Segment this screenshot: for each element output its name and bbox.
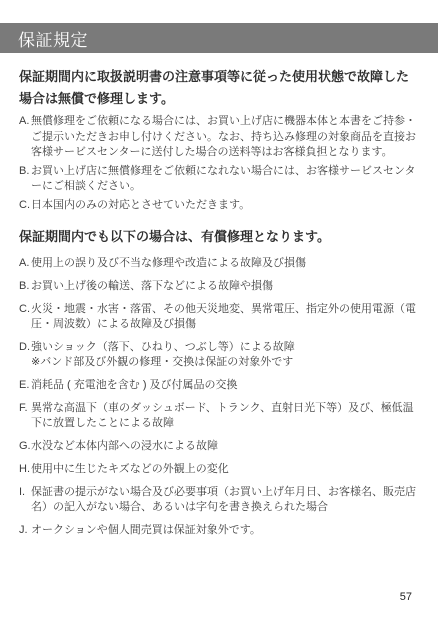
list-item: C. 火災・地震・水害・落雷、その他天災地変、異常電圧、指定外の使用電源（電圧・… [19, 302, 421, 332]
list-item: A. 使用上の誤り及び不当な修理や改造による故障及び損傷 [19, 256, 421, 271]
item-marker: A. [19, 114, 31, 161]
item-marker: D. [19, 340, 31, 370]
item-main-text: 日本国内のみの対応とさせていただきます。 [31, 199, 250, 211]
list-item: J. オークションや個人間売買は保証対象外です。 [19, 523, 421, 538]
item-main-text: オークションや個人間売買は保証対象外です。 [31, 524, 261, 536]
free-repair-list: A. 無償修理をご依頼になる場合には、お買い上げ店に機器本体と本書をご持参・ご提… [19, 114, 421, 213]
item-text: 日本国内のみの対応とさせていただきます。 [31, 198, 421, 214]
item-text: 使用中に生じたキズなどの外観上の変化 [31, 462, 421, 477]
item-marker: H. [19, 462, 31, 477]
item-marker: I. [19, 485, 31, 515]
item-note: ※バンド部及び外観の修理・交換は保証の対象外です [31, 355, 421, 370]
item-marker: B. [19, 164, 31, 195]
list-item: G. 水没など本体内部への浸水による故障 [19, 439, 421, 454]
item-main-text: 強いショック（落下、ひねり、つぶし等）による故障 [31, 341, 295, 353]
item-text: 強いショック（落下、ひねり、つぶし等）による故障 ※バンド部及び外観の修理・交換… [31, 340, 421, 370]
item-text: お買い上げ店に無償修理をご依頼になれない場合には、お客様サービスセンターにご相談… [31, 164, 421, 195]
item-text: 無償修理をご依頼になる場合には、お買い上げ店に機器本体と本書をご持参・ご提示いた… [31, 114, 421, 161]
list-item: D. 強いショック（落下、ひねり、つぶし等）による故障 ※バンド部及び外観の修理… [19, 340, 421, 370]
list-item: I. 保証書の提示がない場合及び必要事項（お買い上げ年月日、お客様名、販売店名）… [19, 485, 421, 515]
item-main-text: 水没など本体内部への浸水による故障 [31, 440, 218, 452]
page-title: 保証規定 [0, 26, 88, 51]
item-marker: C. [19, 302, 31, 332]
list-item: B. お買い上げ店に無償修理をご依頼になれない場合には、お客様サービスセンターに… [19, 164, 421, 195]
content-inner: 保証期間内に取扱説明書の注意事項等に従った使用状態で故障した場合は無償で修理しま… [0, 66, 438, 538]
item-text: 使用上の誤り及び不当な修理や改造による故障及び損傷 [31, 256, 421, 271]
content-area: 保証期間内に取扱説明書の注意事項等に従った使用状態で故障した場合は無償で修理しま… [0, 53, 438, 546]
list-item: F. 異常な高温下（車のダッシュボード、トランク、直射日光下等）及び、極低温下に… [19, 401, 421, 431]
list-item: A. 無償修理をご依頼になる場合には、お買い上げ店に機器本体と本書をご持参・ご提… [19, 114, 421, 161]
item-marker: A. [19, 256, 31, 271]
item-main-text: 使用上の誤り及び不当な修理や改造による故障及び損傷 [31, 257, 306, 269]
warranty-page: 保証規定 保証期間内に取扱説明書の注意事項等に従った使用状態で故障した場合は無償… [0, 0, 438, 621]
item-text: 水没など本体内部への浸水による故障 [31, 439, 421, 454]
item-text: 消耗品 ( 充電池を含む ) 及び付属品の交換 [31, 378, 421, 393]
item-marker: G. [19, 439, 31, 454]
item-main-text: お買い上げ後の輸送、落下などによる故障や損傷 [31, 280, 273, 292]
item-main-text: 異常な高温下（車のダッシュボード、トランク、直射日光下等）及び、極低温下に放置し… [31, 402, 414, 429]
item-main-text: 保証書の提示がない場合及び必要事項（お買い上げ年月日、お客様名、販売店名）の記入… [31, 486, 416, 513]
item-text: オークションや個人間売買は保証対象外です。 [31, 523, 421, 538]
list-item: H. 使用中に生じたキズなどの外観上の変化 [19, 462, 421, 477]
item-marker: F. [19, 401, 31, 431]
item-main-text: 火災・地震・水害・落雷、その他天災地変、異常電圧、指定外の使用電源（電圧・周波数… [31, 303, 416, 330]
free-repair-intro: 保証期間内に取扱説明書の注意事項等に従った使用状態で故障した場合は無償で修理しま… [19, 66, 421, 110]
item-text: お買い上げ後の輸送、落下などによる故障や損傷 [31, 279, 421, 294]
item-marker: B. [19, 279, 31, 294]
item-text: 保証書の提示がない場合及び必要事項（お買い上げ年月日、お客様名、販売店名）の記入… [31, 485, 421, 515]
item-main-text: 無償修理をご依頼になる場合には、お買い上げ店に機器本体と本書をご持参・ご提示いた… [31, 115, 416, 158]
paid-repair-list: A. 使用上の誤り及び不当な修理や改造による故障及び損傷 B. お買い上げ後の輸… [19, 256, 421, 538]
item-text: 火災・地震・水害・落雷、その他天災地変、異常電圧、指定外の使用電源（電圧・周波数… [31, 302, 421, 332]
item-main-text: 使用中に生じたキズなどの外観上の変化 [31, 463, 229, 475]
list-item: C. 日本国内のみの対応とさせていただきます。 [19, 198, 421, 214]
page-number: 57 [400, 591, 412, 603]
item-marker: E. [19, 378, 31, 393]
item-marker: J. [19, 523, 31, 538]
paid-repair-heading: 保証期間内でも以下の場合は、有償修理となります。 [19, 227, 421, 247]
list-item: B. お買い上げ後の輸送、落下などによる故障や損傷 [19, 279, 421, 294]
item-main-text: お買い上げ店に無償修理をご依頼になれない場合には、お客様サービスセンターにご相談… [31, 165, 416, 193]
item-main-text: 消耗品 ( 充電池を含む ) 及び付属品の交換 [31, 379, 238, 391]
item-marker: C. [19, 198, 31, 214]
section-header-bar: 保証規定 [0, 23, 438, 53]
item-text: 異常な高温下（車のダッシュボード、トランク、直射日光下等）及び、極低温下に放置し… [31, 401, 421, 431]
list-item: E. 消耗品 ( 充電池を含む ) 及び付属品の交換 [19, 378, 421, 393]
